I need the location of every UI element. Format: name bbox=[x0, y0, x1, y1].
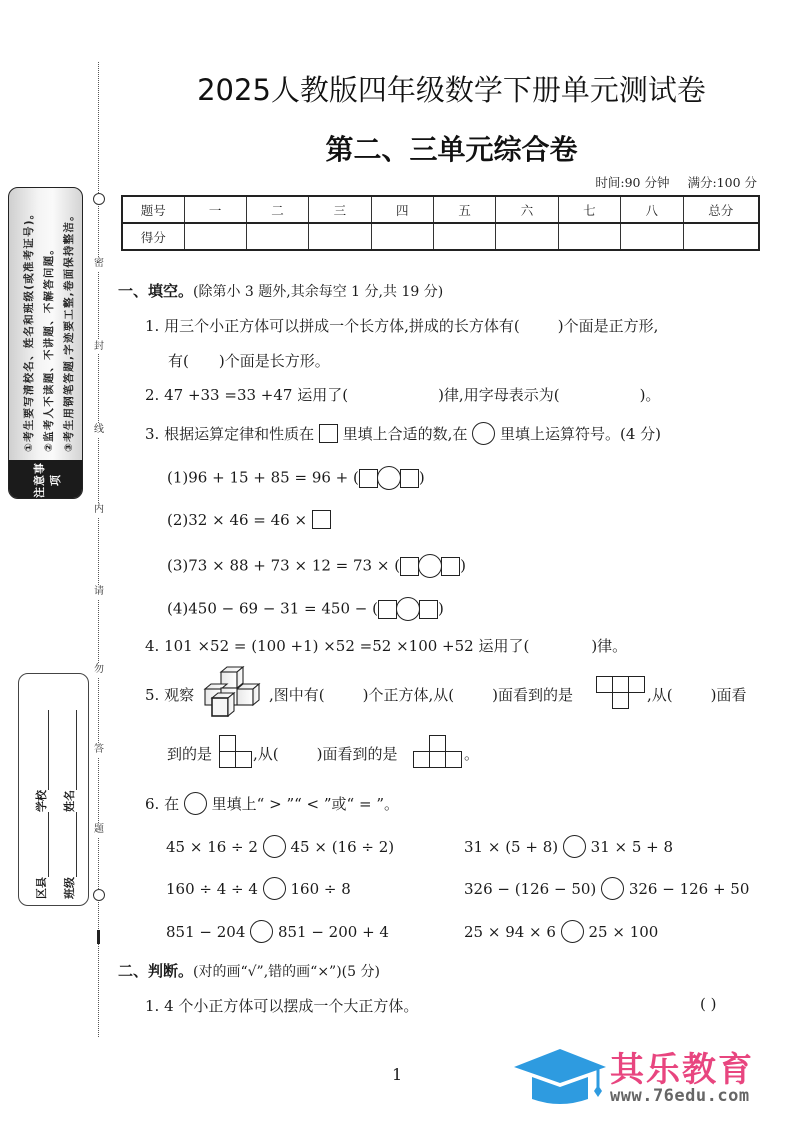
compare-circle[interactable] bbox=[601, 877, 624, 900]
score-cell[interactable] bbox=[371, 223, 433, 250]
class-field[interactable] bbox=[65, 812, 77, 877]
answer-box[interactable] bbox=[312, 510, 331, 529]
district-label: 区县 bbox=[33, 877, 49, 899]
exam-title: 2025人教版四年级数学下册单元测试卷 bbox=[110, 68, 793, 109]
full-score: 满分:100 分 bbox=[687, 175, 757, 190]
exam-subtitle: 第二、三单元综合卷 bbox=[110, 128, 793, 168]
score-cell[interactable] bbox=[246, 223, 308, 250]
question-1-3: 3. 根据运算定律和性质在 里填上合适的数,在 里填上运算符号。(4 分) bbox=[145, 422, 661, 445]
compare-circle[interactable] bbox=[563, 835, 586, 858]
district-field[interactable] bbox=[37, 812, 49, 877]
brand-url[interactable]: www.76edu.com bbox=[610, 1086, 750, 1106]
name-label: 姓名 bbox=[61, 790, 77, 812]
seal-char: 内 bbox=[91, 503, 107, 517]
notice-item: ①考生要写清校名、姓名和班级(或准考证号)。 bbox=[21, 194, 36, 452]
page-number: 1 bbox=[392, 1065, 402, 1084]
answer-box[interactable] bbox=[359, 469, 378, 488]
circle-symbol-icon bbox=[472, 422, 495, 445]
graduation-cap-icon bbox=[512, 1047, 608, 1107]
binding-hole-bottom bbox=[93, 889, 105, 901]
notice-title: 注意事项 bbox=[9, 460, 83, 499]
seal-char: 答 bbox=[91, 743, 107, 757]
column-header: 一 bbox=[184, 196, 246, 223]
question-1-1-cont: 有()个面是长方形。 bbox=[168, 350, 330, 371]
class-label: 班级 bbox=[61, 877, 77, 899]
answer-circle[interactable] bbox=[377, 466, 401, 490]
column-header: 八 bbox=[621, 196, 683, 223]
square-symbol-icon bbox=[319, 424, 338, 443]
compare-pair: 31 × (5 + 8) 31 × 5 + 8 bbox=[464, 835, 673, 858]
question-1-3-item: (3)73 × 88 + 73 × 12 = 73 × () bbox=[167, 554, 466, 578]
brand-name: 其乐教育 bbox=[610, 1042, 754, 1091]
row-label: 题号 bbox=[122, 196, 184, 223]
question-1-3-item: (4)450 − 69 − 31 = 450 − () bbox=[167, 597, 444, 621]
seal-char: 题 bbox=[91, 823, 107, 837]
row-label: 得分 bbox=[122, 223, 184, 250]
notice-item: ②监考人不读题、不讲题、不解答问题。 bbox=[41, 194, 56, 452]
question-1-5-text-b: ,从()面看 bbox=[647, 684, 746, 705]
compare-circle[interactable] bbox=[250, 920, 273, 943]
question-1-5-cont-b: ,从()面看到的是 bbox=[253, 743, 397, 764]
answer-box[interactable] bbox=[441, 557, 460, 576]
compare-pair: 25 × 94 × 6 25 × 100 bbox=[464, 920, 658, 943]
score-cell[interactable] bbox=[496, 223, 558, 250]
section-1-title: 一、填空。 bbox=[118, 282, 193, 300]
question-1-4: 4. 101 ×52 = (100 +1) ×52 =52 ×100 +52 运… bbox=[145, 635, 627, 656]
school-field[interactable] bbox=[37, 710, 49, 790]
column-header: 总分 bbox=[683, 196, 759, 223]
section-2-heading: 二、判断。(对的画“√”,错的画“×”)(5 分) bbox=[118, 960, 380, 981]
judgment-answer-bracket[interactable]: ( ) bbox=[700, 995, 716, 1013]
view-diagram-l-shape-icon bbox=[219, 735, 255, 771]
compare-circle[interactable] bbox=[561, 920, 584, 943]
section-1-note: (除第小 3 题外,其余每空 1 分,共 19 分) bbox=[193, 284, 443, 300]
score-cell[interactable] bbox=[309, 223, 371, 250]
question-1-5-cont: 到的是 bbox=[167, 743, 212, 764]
column-header: 四 bbox=[371, 196, 433, 223]
school-label: 学校 bbox=[33, 790, 49, 812]
exam-meta: 时间:90 分钟 满分:100 分 bbox=[581, 173, 757, 191]
compare-circle[interactable] bbox=[263, 877, 286, 900]
section-2-title: 二、判断。 bbox=[118, 962, 193, 980]
column-header: 二 bbox=[246, 196, 308, 223]
score-cell[interactable] bbox=[558, 223, 620, 250]
column-header: 七 bbox=[558, 196, 620, 223]
seal-char: 线 bbox=[91, 423, 107, 437]
notice-item: ③考生用钢笔答题,字迹要工整,卷面保持整洁。 bbox=[61, 194, 76, 452]
score-cell[interactable] bbox=[683, 223, 759, 250]
answer-box[interactable] bbox=[419, 600, 438, 619]
answer-box[interactable] bbox=[378, 600, 397, 619]
binding-mark bbox=[97, 930, 100, 944]
name-field[interactable] bbox=[65, 710, 77, 790]
section-1-heading: 一、填空。(除第小 3 题外,其余每空 1 分,共 19 分) bbox=[118, 280, 443, 301]
brand-logo: 其乐教育 www.76edu.com bbox=[512, 1042, 790, 1112]
question-2-1: 1. 4 个小正方体可以摆成一个大正方体。 bbox=[145, 995, 418, 1016]
compare-pair: 45 × 16 ÷ 2 45 × (16 ÷ 2) bbox=[166, 835, 394, 858]
view-diagram-t-shape-icon bbox=[596, 676, 650, 712]
question-1-3-item: (1)96 + 15 + 85 = 96 + () bbox=[167, 466, 425, 490]
score-cell[interactable] bbox=[621, 223, 683, 250]
answer-box[interactable] bbox=[400, 557, 419, 576]
question-1-2: 2. 47 +33 =33 +47 运用了()律,用字母表示为()。 bbox=[145, 384, 660, 405]
cube-stack-figure-icon bbox=[201, 666, 269, 722]
question-1-5-text: ,图中有()个正方体,从()面看到的是 bbox=[269, 684, 573, 705]
seal-char: 请 bbox=[91, 585, 107, 599]
section-2-note: (对的画“√”,错的画“×”)(5 分) bbox=[193, 964, 380, 980]
binding-hole-top bbox=[93, 193, 105, 205]
question-1-6: 6. 在 里填上“ > ”“ < ”或“ = ”。 bbox=[145, 792, 399, 815]
circle-symbol-icon bbox=[184, 792, 207, 815]
compare-pair: 326 − (126 − 50) 326 − 126 + 50 bbox=[464, 877, 749, 900]
compare-circle[interactable] bbox=[263, 835, 286, 858]
answer-box[interactable] bbox=[400, 469, 419, 488]
question-1-1: 1. 用三个小正方体可以拼成一个长方体,拼成的长方体有()个面是正方形, bbox=[145, 315, 658, 336]
student-info-panel: 区县 学校 班级 姓名 bbox=[18, 673, 89, 906]
answer-circle[interactable] bbox=[396, 597, 420, 621]
score-table-header-row: 题号 一 二 三 四 五 六 七 八 总分 bbox=[122, 196, 759, 223]
seal-char: 密 bbox=[91, 257, 107, 271]
time-limit: 时间:90 分钟 bbox=[595, 175, 669, 190]
compare-pair: 851 − 204 851 − 200 + 4 bbox=[166, 920, 389, 943]
notice-panel: 注意事项 ①考生要写清校名、姓名和班级(或准考证号)。 ②监考人不读题、不讲题、… bbox=[8, 187, 83, 499]
column-header: 六 bbox=[496, 196, 558, 223]
score-cell[interactable] bbox=[434, 223, 496, 250]
seal-char: 勿 bbox=[91, 663, 107, 677]
question-1-5: 5. 观察 bbox=[145, 684, 194, 705]
score-table: 题号 一 二 三 四 五 六 七 八 总分 得分 bbox=[121, 195, 760, 251]
question-1-3-item: (2)32 × 46 = 46 × bbox=[167, 510, 331, 529]
seal-char: 封 bbox=[91, 340, 107, 354]
score-table-score-row: 得分 bbox=[122, 223, 759, 250]
column-header: 三 bbox=[309, 196, 371, 223]
answer-circle[interactable] bbox=[418, 554, 442, 578]
view-diagram-inverted-t-icon bbox=[413, 735, 467, 771]
column-header: 五 bbox=[434, 196, 496, 223]
score-cell[interactable] bbox=[184, 223, 246, 250]
compare-pair: 160 ÷ 4 ÷ 4 160 ÷ 8 bbox=[166, 877, 351, 900]
